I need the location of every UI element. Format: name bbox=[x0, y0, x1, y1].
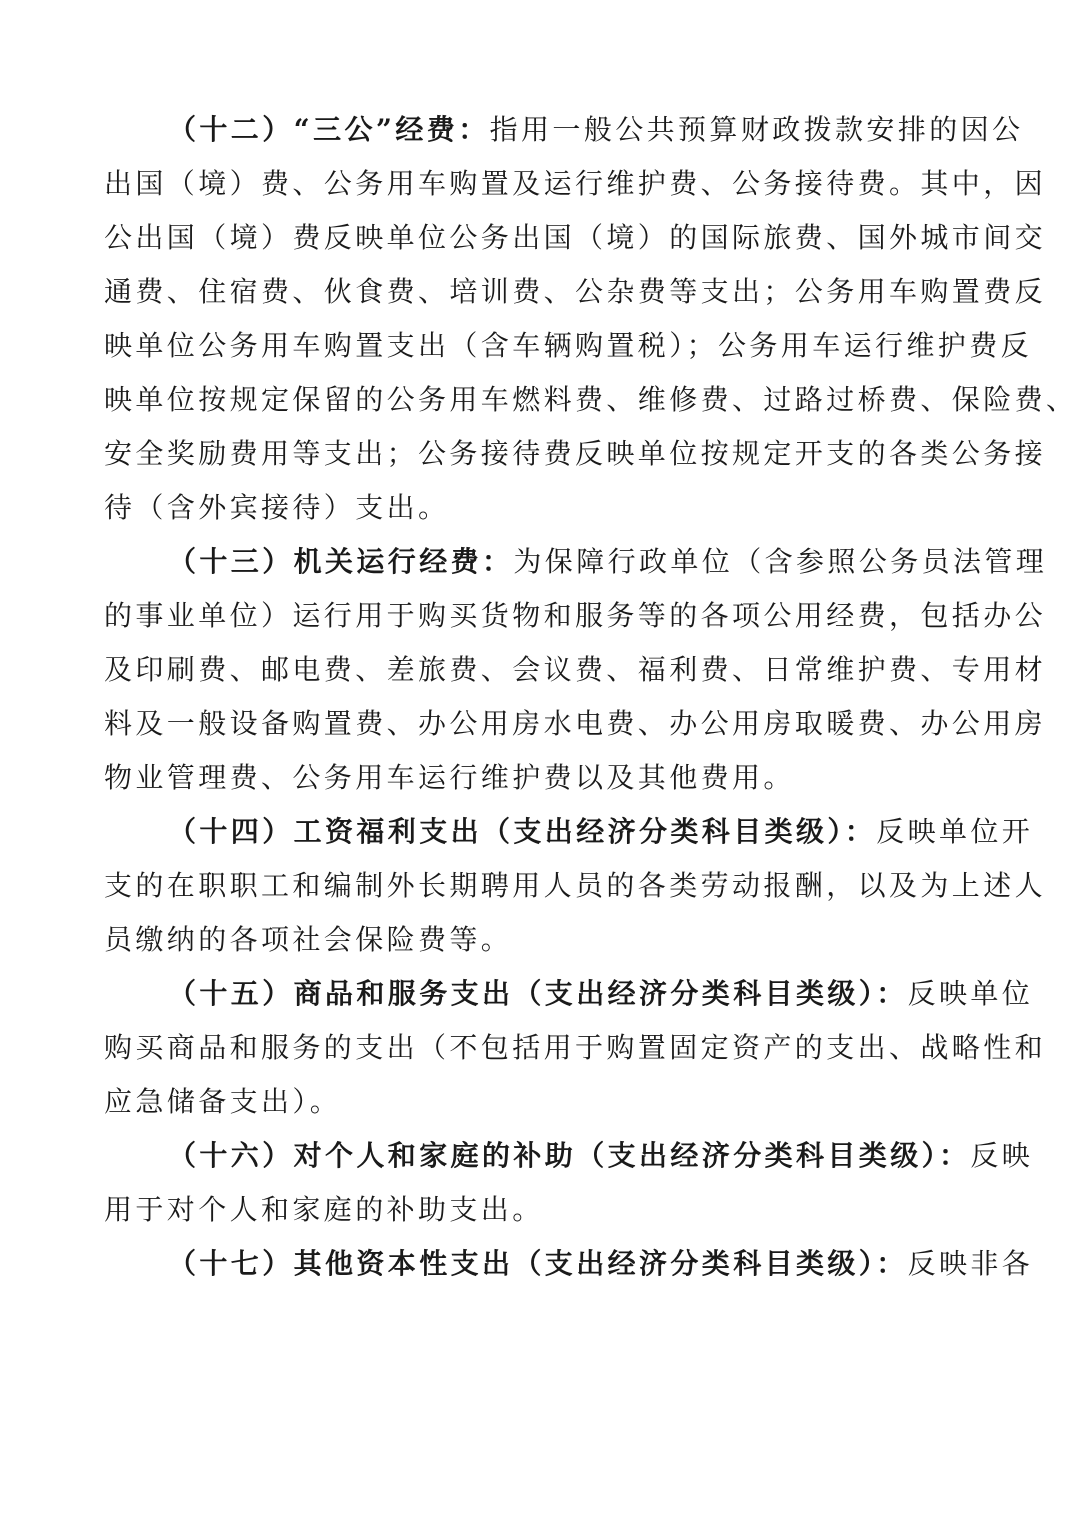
term-heading: （十六）对个人和家庭的补助（支出经济分类科目类级）： bbox=[168, 1139, 970, 1172]
paragraph-line: 的事业单位）运行用于购买货物和服务等的各项公用经费，包括办公 bbox=[104, 589, 970, 643]
term-heading: （十二）“三公”经费： bbox=[168, 113, 490, 146]
paragraph-line: 公出国（境）费反映单位公务出国（境）的国际旅费、国外城市间交 bbox=[104, 211, 970, 265]
paragraph-line: 通费、住宿费、伙食费、培训费、公杂费等支出；公务用车购置费反 bbox=[104, 265, 970, 319]
paragraph-text: 反映单位 bbox=[908, 977, 1034, 1010]
paragraph-line: 及印刷费、邮电费、差旅费、会议费、福利费、日常维护费、专用材 bbox=[104, 643, 970, 697]
paragraph-line: 员缴纳的各项社会保险费等。 bbox=[104, 913, 970, 967]
paragraph-first-line: （十四）工资福利支出（支出经济分类科目类级）：反映单位开 bbox=[104, 805, 970, 859]
paragraph-line: 料及一般设备购置费、办公用房水电费、办公用房取暖费、办公用房 bbox=[104, 697, 970, 751]
paragraph-line: 映单位按规定保留的公务用车燃料费、维修费、过路过桥费、保险费、 bbox=[104, 373, 970, 427]
paragraph-text: 反映 bbox=[970, 1139, 1033, 1172]
paragraph-santgong-funds: （十二）“三公”经费：指用一般公共预算财政拨款安排的因公 出国（境）费、公务用车… bbox=[104, 103, 970, 535]
paragraph-line: 映单位公务用车购置支出（含车辆购置税）；公务用车运行维护费反 bbox=[104, 319, 970, 373]
paragraph-other-capital: （十七）其他资本性支出（支出经济分类科目类级）：反映非各 bbox=[104, 1237, 970, 1291]
paragraph-text: 反映非各 bbox=[908, 1247, 1034, 1280]
paragraph-first-line: （十六）对个人和家庭的补助（支出经济分类科目类级）：反映 bbox=[104, 1129, 970, 1183]
term-heading: （十五）商品和服务支出（支出经济分类科目类级）： bbox=[168, 977, 908, 1010]
paragraph-first-line: （十二）“三公”经费：指用一般公共预算财政拨款安排的因公 bbox=[104, 103, 970, 157]
paragraph-operating-funds: （十三）机关运行经费：为保障行政单位（含参照公务员法管理 的事业单位）运行用于购… bbox=[104, 535, 970, 805]
document-page: （十二）“三公”经费：指用一般公共预算财政拨款安排的因公 出国（境）费、公务用车… bbox=[104, 103, 970, 1291]
paragraph-line: 物业管理费、公务用车运行维护费以及其他费用。 bbox=[104, 751, 970, 805]
paragraph-line: 支的在职职工和编制外长期聘用人员的各类劳动报酬，以及为上述人 bbox=[104, 859, 970, 913]
paragraph-text: 为保障行政单位（含参照公务员法管理 bbox=[513, 545, 1047, 578]
paragraph-line: 用于对个人和家庭的补助支出。 bbox=[104, 1183, 970, 1237]
paragraph-wages-welfare: （十四）工资福利支出（支出经济分类科目类级）：反映单位开 支的在职职工和编制外长… bbox=[104, 805, 970, 967]
paragraph-first-line: （十三）机关运行经费：为保障行政单位（含参照公务员法管理 bbox=[104, 535, 970, 589]
paragraph-line: 购买商品和服务的支出（不包括用于购置固定资产的支出、战略性和 bbox=[104, 1021, 970, 1075]
paragraph-first-line: （十五）商品和服务支出（支出经济分类科目类级）：反映单位 bbox=[104, 967, 970, 1021]
paragraph-line: 应急储备支出）。 bbox=[104, 1075, 970, 1129]
term-heading: （十四）工资福利支出（支出经济分类科目类级）： bbox=[168, 815, 876, 848]
paragraph-goods-services: （十五）商品和服务支出（支出经济分类科目类级）：反映单位 购买商品和服务的支出（… bbox=[104, 967, 970, 1129]
term-heading: （十七）其他资本性支出（支出经济分类科目类级）： bbox=[168, 1247, 908, 1280]
paragraph-line: 安全奖励费用等支出；公务接待费反映单位按规定开支的各类公务接 bbox=[104, 427, 970, 481]
term-heading: （十三）机关运行经费： bbox=[168, 545, 513, 578]
paragraph-text: 指用一般公共预算财政拨款安排的因公 bbox=[490, 113, 1024, 146]
paragraph-text: 反映单位开 bbox=[876, 815, 1033, 848]
paragraph-first-line: （十七）其他资本性支出（支出经济分类科目类级）：反映非各 bbox=[104, 1237, 970, 1291]
paragraph-household-subsidies: （十六）对个人和家庭的补助（支出经济分类科目类级）：反映 用于对个人和家庭的补助… bbox=[104, 1129, 970, 1237]
paragraph-line: 出国（境）费、公务用车购置及运行维护费、公务接待费。其中，因 bbox=[104, 157, 970, 211]
paragraph-line: 待（含外宾接待）支出。 bbox=[104, 481, 970, 535]
